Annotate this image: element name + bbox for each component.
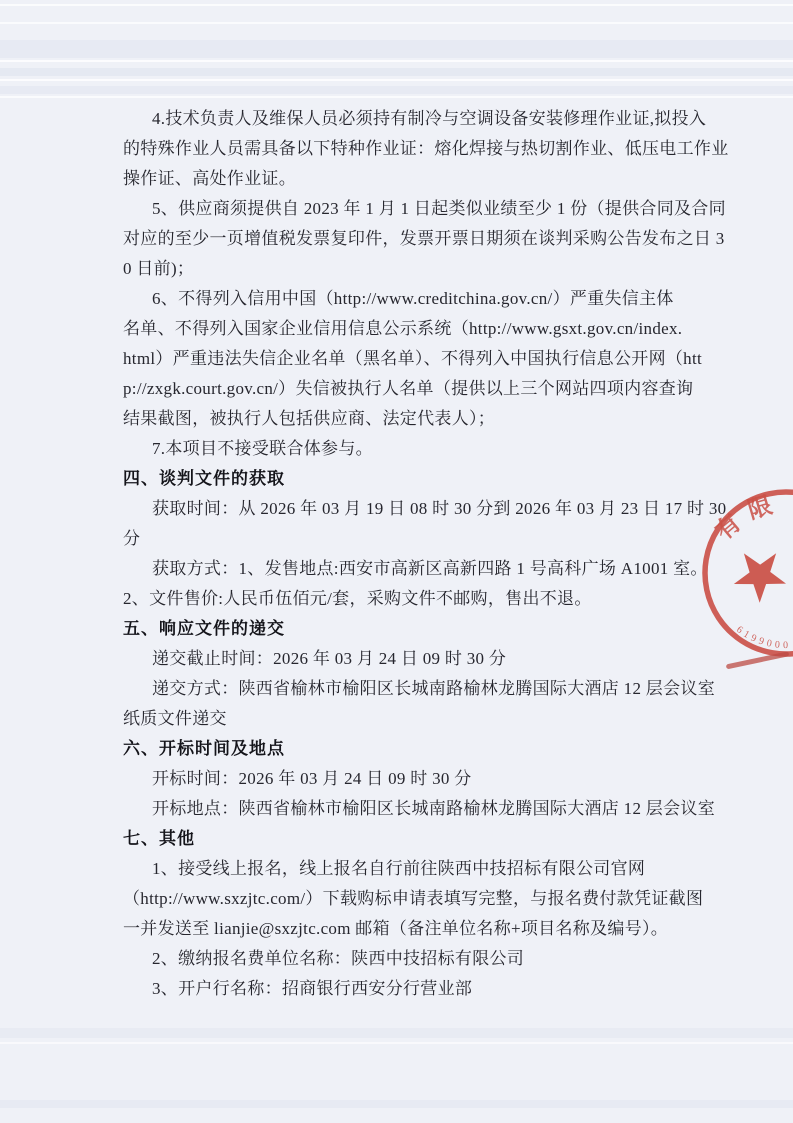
star-icon bbox=[723, 538, 793, 609]
text-line: 获取方式：1、发售地点:西安市高新区高新四路 1 号高科广场 A1001 室。 bbox=[123, 554, 723, 584]
official-seal-stamp: 有限 6199000 bbox=[688, 472, 793, 692]
text-line: 5、供应商须提供自 2023 年 1 月 1 日起类似业绩至少 1 份（提供合同… bbox=[123, 194, 723, 224]
text-line: 纸质文件递交 bbox=[123, 704, 723, 734]
section-heading: 七、其他 bbox=[123, 824, 723, 854]
text-line: p://zxgk.court.gov.cn/）失信被执行人名单（提供以上三个网站… bbox=[123, 374, 723, 404]
text-line: 1、接受线上报名，线上报名自行前往陕西中技招标有限公司官网 bbox=[123, 854, 723, 884]
scan-artifact-line bbox=[0, 22, 793, 24]
section-heading: 四、谈判文件的获取 bbox=[123, 464, 723, 494]
text-line: 6、不得列入信用中国（http://www.creditchina.gov.cn… bbox=[123, 284, 723, 314]
text-line: 3、开户行名称：招商银行西安分行营业部 bbox=[123, 974, 723, 1004]
text-line: 一并发送至 lianjie@sxzjtc.com 邮箱（备注单位名称+项目名称及… bbox=[123, 914, 723, 944]
seal-arc-text: 有限 bbox=[706, 489, 789, 549]
text-line: 的特殊作业人员需具备以下特种作业证：熔化焊接与热切割作业、低压电工作业 bbox=[123, 134, 723, 164]
text-line: html）严重违法失信企业名单（黑名单）、不得列入中国执行信息公开网（htt bbox=[123, 344, 723, 374]
text-line: （http://www.sxzjtc.com/）下载购标申请表填写完整，与报名费… bbox=[123, 884, 723, 914]
scan-artifact-line bbox=[0, 60, 793, 62]
seal-ink-smudge bbox=[726, 651, 790, 669]
scan-artifact-line bbox=[0, 96, 793, 98]
text-line: 名单、不得列入国家企业信用信息公示系统（http://www.gsxt.gov.… bbox=[123, 314, 723, 344]
document-page: 4.技术负责人及维保人员必须持有制冷与空调设备安装修理作业证,拟投入的特殊作业人… bbox=[0, 0, 793, 1123]
text-line: 操作证、高处作业证。 bbox=[123, 164, 723, 194]
text-line: 2、缴纳报名费单位名称：陕西中技招标有限公司 bbox=[123, 944, 723, 974]
text-line: 开标时间：2026 年 03 月 24 日 09 时 30 分 bbox=[123, 764, 723, 794]
scan-artifact-band bbox=[0, 1028, 793, 1038]
text-line: 结果截图，被执行人包括供应商、法定代表人）； bbox=[123, 404, 723, 434]
text-line: 分 bbox=[123, 524, 723, 554]
text-line: 递交截止时间：2026 年 03 月 24 日 09 时 30 分 bbox=[123, 644, 723, 674]
document-body: 4.技术负责人及维保人员必须持有制冷与空调设备安装修理作业证,拟投入的特殊作业人… bbox=[123, 104, 723, 1004]
section-heading: 六、开标时间及地点 bbox=[123, 734, 723, 764]
text-line: 4.技术负责人及维保人员必须持有制冷与空调设备安装修理作业证,拟投入 bbox=[123, 104, 723, 134]
scan-artifact-line bbox=[0, 4, 793, 6]
scan-artifact-line bbox=[0, 1042, 793, 1044]
scan-artifact-band bbox=[0, 68, 793, 76]
text-line: 递交方式：陕西省榆林市榆阳区长城南路榆林龙腾国际大酒店 12 层会议室 bbox=[123, 674, 723, 704]
scan-artifact-band bbox=[0, 40, 793, 58]
scan-artifact-line bbox=[0, 79, 793, 81]
text-line: 7.本项目不接受联合体参与。 bbox=[123, 434, 723, 464]
scan-artifact-band bbox=[0, 1100, 793, 1108]
text-line: 2、文件售价:人民币伍佰元/套，采购文件不邮购，售出不退。 bbox=[123, 584, 723, 614]
section-heading: 五、响应文件的递交 bbox=[123, 614, 723, 644]
text-line: 获取时间：从 2026 年 03 月 19 日 08 时 30 分到 2026 … bbox=[123, 494, 723, 524]
text-line: 对应的至少一页增值税发票复印件，发票开票日期须在谈判采购公告发布之日 3 bbox=[123, 224, 723, 254]
text-line: 0 日前)； bbox=[123, 254, 723, 284]
text-line: 开标地点：陕西省榆林市榆阳区长城南路榆林龙腾国际大酒店 12 层会议室 bbox=[123, 794, 723, 824]
scan-artifact-band bbox=[0, 86, 793, 94]
